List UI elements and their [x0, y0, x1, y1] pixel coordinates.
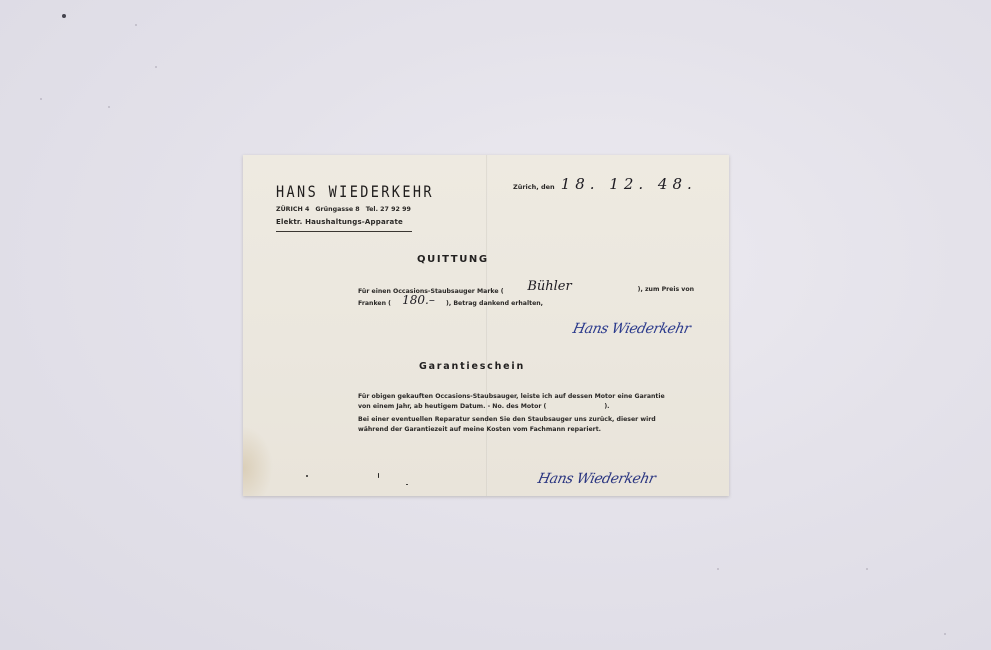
- receipt-thanks-text: ), Betrag dankend erhalten,: [446, 300, 543, 307]
- paper-speck: [378, 473, 379, 478]
- background-speck: [62, 14, 66, 18]
- paper-speck: [406, 484, 408, 485]
- date-block: Zürich, den 18. 12. 48.: [513, 175, 697, 193]
- background-speck: [155, 66, 157, 68]
- paper-stain: [243, 426, 273, 496]
- paper-fold-crease: [486, 155, 488, 496]
- warranty-title: Garantieschein: [419, 361, 525, 372]
- receipt-text: Für einen Occasions-Staubsauger Marke (B…: [358, 285, 694, 307]
- paper-speck: [306, 475, 308, 477]
- company-trade: Elektr. Haushaltungs-Apparate: [276, 218, 412, 226]
- date-value-handwritten: 18. 12. 48.: [561, 175, 697, 193]
- receipt-document: HANS WIEDERKEHR ZÜRICH 4 Grüngasse 8 Tel…: [243, 155, 729, 496]
- warranty-text: Für obigen gekauften Occasions-Staubsaug…: [358, 392, 694, 435]
- background-speck: [108, 106, 110, 108]
- warranty-line-3: Bei einer eventuellen Reparatur senden S…: [358, 415, 694, 425]
- company-city: ZÜRICH 4: [276, 206, 309, 213]
- background-speck: [135, 24, 137, 26]
- warranty-motor-label: von einem Jahr, ab heutigem Datum. - No.…: [358, 403, 546, 410]
- date-label: Zürich, den: [513, 183, 555, 191]
- company-address: ZÜRICH 4 Grüngasse 8 Tel. 27 92 99: [276, 206, 412, 213]
- letterhead-divider: [276, 231, 412, 232]
- receipt-signature: Hans Wiederkehr: [571, 321, 691, 337]
- brand-handwritten: Bühler: [504, 282, 596, 292]
- receipt-currency-label: Franken (: [358, 300, 391, 307]
- letterhead: HANS WIEDERKEHR ZÜRICH 4 Grüngasse 8 Tel…: [276, 183, 412, 232]
- company-phone: Tel. 27 92 99: [366, 206, 411, 213]
- price-handwritten: 180.–: [391, 295, 446, 305]
- background-speck: [40, 98, 42, 100]
- background-speck: [944, 633, 946, 635]
- receipt-title: QUITTUNG: [417, 254, 489, 265]
- company-name: HANS WIEDERKEHR: [276, 183, 412, 201]
- warranty-line-1: Für obigen gekauften Occasions-Staubsaug…: [358, 392, 694, 402]
- warranty-motor-close: ).: [604, 403, 609, 410]
- receipt-line-2: Franken (180.–), Betrag dankend erhalten…: [358, 296, 694, 307]
- company-street: Grüngasse 8: [315, 206, 359, 213]
- background-speck: [866, 568, 868, 570]
- warranty-signature: Hans Wiederkehr: [536, 471, 656, 487]
- warranty-line-2: von einem Jahr, ab heutigem Datum. - No.…: [358, 402, 694, 412]
- warranty-line-4: während der Garantiezeit auf meine Koste…: [358, 425, 694, 435]
- background-speck: [717, 568, 719, 570]
- receipt-price-label: ), zum Preis von: [638, 285, 694, 296]
